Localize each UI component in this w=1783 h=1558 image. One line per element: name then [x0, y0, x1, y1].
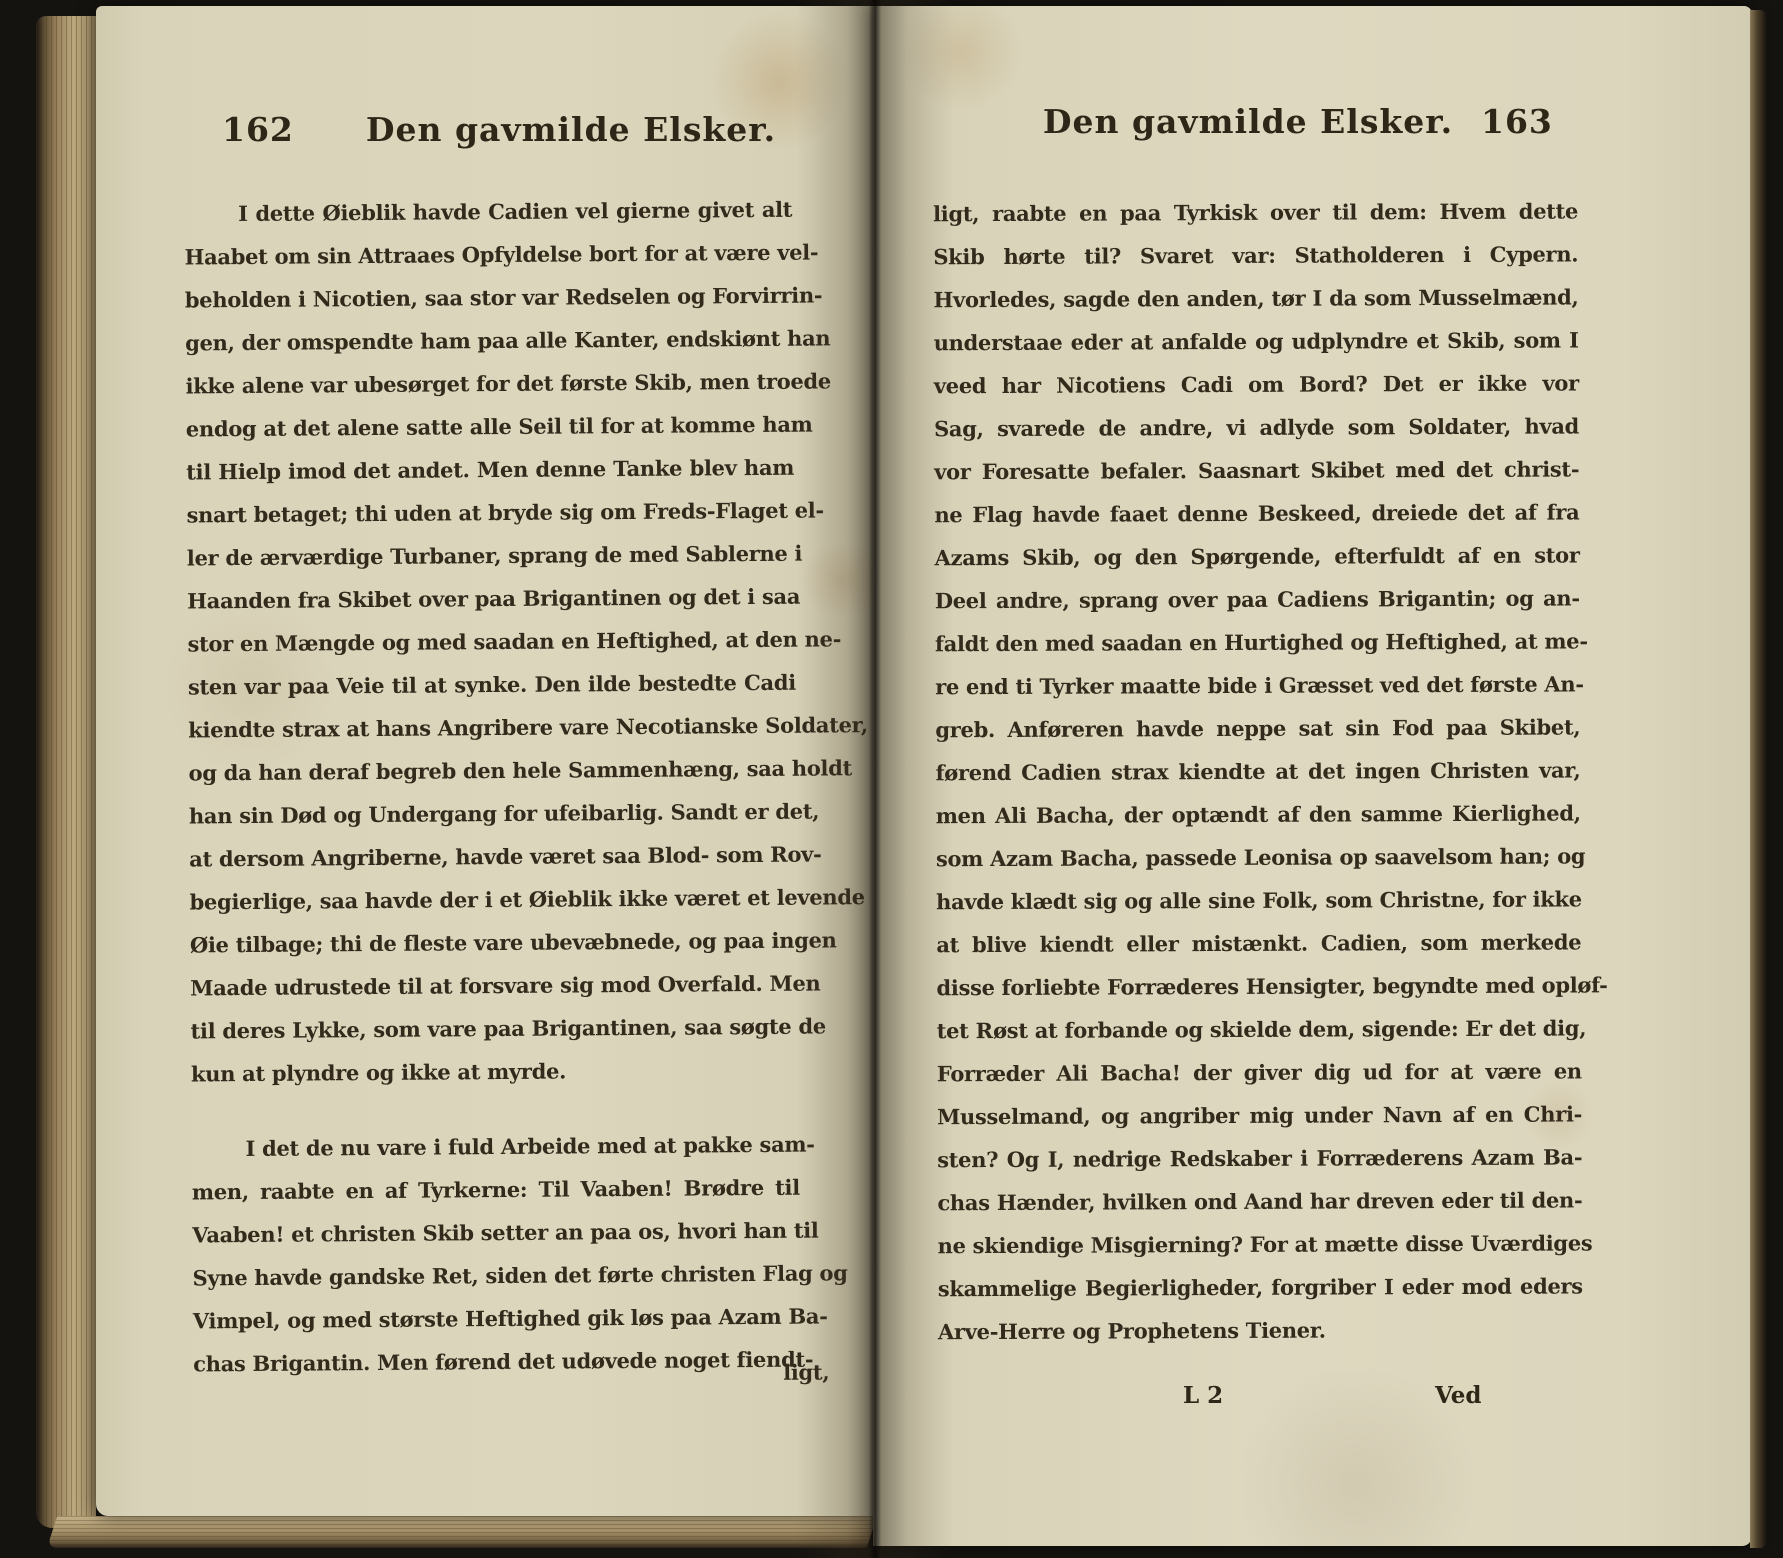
text-line: I det de nu vare i fuld Arbeide med at p…: [191, 1123, 799, 1171]
text-line: faldt den med saadan en Hurtighed og Hef…: [935, 619, 1580, 665]
text-line: førend Cadien strax kiendte at det ingen…: [935, 748, 1580, 794]
text-line: begierlige, saa havde der i et Øieblik i…: [189, 876, 797, 924]
text-line: veed har Nicotiens Cadi om Bord? Det er …: [934, 361, 1579, 407]
signature-mark: L 2: [1183, 1382, 1223, 1409]
page-edge-stack-left: [36, 16, 96, 1528]
book-scan: 162 Den gavmilde Elsker. I dette Øieblik…: [0, 0, 1783, 1558]
text-line: ne Flag havde faaet denne Beskeed, dreie…: [934, 490, 1579, 536]
text-line: ler de ærværdige Turbaner, sprang de med…: [187, 532, 795, 580]
text-line: Forræder Ali Bacha! der giver dig ud for…: [937, 1049, 1582, 1095]
text-line: han sin Død og Undergang for ufeibarlig.…: [189, 790, 797, 838]
page-edge-right: [1750, 10, 1766, 1548]
text-line: Vimpel, og med største Heftighed gik løs…: [193, 1295, 801, 1343]
catchword: ligt,: [783, 1359, 829, 1384]
text-line: beholden i Nicotien, saa stor var Redsel…: [185, 274, 793, 322]
text-line: Haabet om sin Attraaes Opfyldelse bort f…: [184, 231, 792, 279]
right-page: Den gavmilde Elsker. 163 ligt, raabte en…: [873, 6, 1752, 1546]
text-line: at blive kiendt eller mistænkt. Cadien, …: [936, 920, 1581, 966]
text-line: gen, der omspendte ham paa alle Kanter, …: [185, 317, 793, 365]
text-line: I dette Øieblik havde Cadien vel gierne …: [184, 188, 792, 236]
text-line: Øie tilbage; thi de fleste vare ubevæbne…: [190, 919, 798, 967]
left-page-body: I dette Øieblik havde Cadien vel gierne …: [184, 188, 801, 1386]
text-line: skammelige Begierligheder, forgriber I e…: [938, 1264, 1583, 1310]
text-line: men, raabte en af Tyrkerne: Til Vaaben! …: [192, 1166, 800, 1214]
left-page: 162 Den gavmilde Elsker. I dette Øieblik…: [96, 6, 873, 1516]
paragraph: I det de nu vare i fuld Arbeide med at p…: [191, 1123, 801, 1386]
text-line: chas Hænder, hvilken ond Aand har dreven…: [937, 1178, 1582, 1224]
text-line: kiendte strax at hans Angribere vare Nec…: [188, 704, 796, 752]
left-running-title: Den gavmilde Elsker.: [346, 110, 796, 149]
text-line: til deres Lykke, som vare paa Brigantine…: [190, 1005, 798, 1053]
left-page-number: 162: [222, 110, 294, 149]
right-running-title: Den gavmilde Elsker.: [1023, 102, 1473, 141]
text-line: Maade udrustede til at forsvare sig mod …: [190, 962, 798, 1010]
paragraph: I dette Øieblik havde Cadien vel gierne …: [184, 188, 799, 1096]
text-line: Arve-Herre og Prophetens Tiener.: [938, 1307, 1583, 1353]
text-line: stor en Mængde og med saadan en Heftighe…: [187, 618, 795, 666]
text-line: sten var paa Veie til at synke. Den ilde…: [188, 661, 796, 709]
text-line: greb. Anføreren havde neppe sat sin Fod …: [935, 705, 1580, 751]
text-line: endog at det alene satte alle Seil til f…: [186, 403, 794, 451]
text-line: og da han deraf begreb den hele Sammenhæ…: [188, 747, 796, 795]
text-line: til Hielp imod det andet. Men denne Tank…: [186, 446, 794, 494]
text-line: tet Røst at forbande og skielde dem, sig…: [937, 1006, 1582, 1052]
text-line: men Ali Bacha, der optændt af den samme …: [936, 791, 1581, 837]
text-line: Hvorledes, sagde den anden, tør I da som…: [933, 275, 1578, 321]
text-line: Skib hørte til? Svaret var: Statholderen…: [933, 232, 1578, 278]
text-line: kun at plyndre og ikke at myrde.: [191, 1048, 799, 1096]
text-line: understaae eder at anfalde og udplyndre …: [934, 318, 1579, 364]
right-page-number: 163: [1481, 102, 1553, 141]
text-line: sten? Og I, nedrige Redskaber i Forræder…: [937, 1135, 1582, 1181]
text-line: Deel andre, sprang over paa Cadiens Brig…: [935, 576, 1580, 622]
text-line: Vaaben! et christen Skib setter an paa o…: [192, 1209, 800, 1257]
text-line: Sag, svarede de andre, vi adlyde som Sol…: [934, 404, 1579, 450]
right-page-body: ligt, raabte en paa Tyrkisk over til dem…: [933, 189, 1583, 1353]
text-line: som Azam Bacha, passede Leonisa op saave…: [936, 834, 1581, 880]
text-line: Syne havde gandske Ret, siden det førte …: [192, 1252, 800, 1300]
paragraph: ligt, raabte en paa Tyrkisk over til dem…: [933, 189, 1583, 1353]
text-line: at dersom Angriberne, havde været saa Bl…: [189, 833, 797, 881]
page-edge-stack-bottom: [47, 1516, 877, 1548]
text-line: Azams Skib, og den Spørgende, efterfuldt…: [935, 533, 1580, 579]
text-line: chas Brigantin. Men førend det udøvede n…: [193, 1338, 801, 1386]
text-line: snart betaget; thi uden at bryde sig om …: [186, 489, 794, 537]
text-line: Musselmand, og angriber mig under Navn a…: [937, 1092, 1582, 1138]
catchword: Ved: [1435, 1382, 1481, 1409]
text-line: disse forliebte Forræderes Hensigter, be…: [936, 963, 1581, 1009]
text-line: havde klædt sig og alle sine Folk, som C…: [936, 877, 1581, 923]
text-line: vor Foresatte befaler. Saasnart Skibet m…: [934, 447, 1579, 493]
text-line: Haanden fra Skibet over paa Brigantinen …: [187, 575, 795, 623]
text-line: ikke alene var ubesørget for det første …: [185, 360, 793, 408]
text-line: ne skiendige Misgierning? For at mætte d…: [938, 1221, 1583, 1267]
text-line: ligt, raabte en paa Tyrkisk over til dem…: [933, 189, 1578, 235]
text-line: re end ti Tyrker maatte bide i Græsset v…: [935, 662, 1580, 708]
